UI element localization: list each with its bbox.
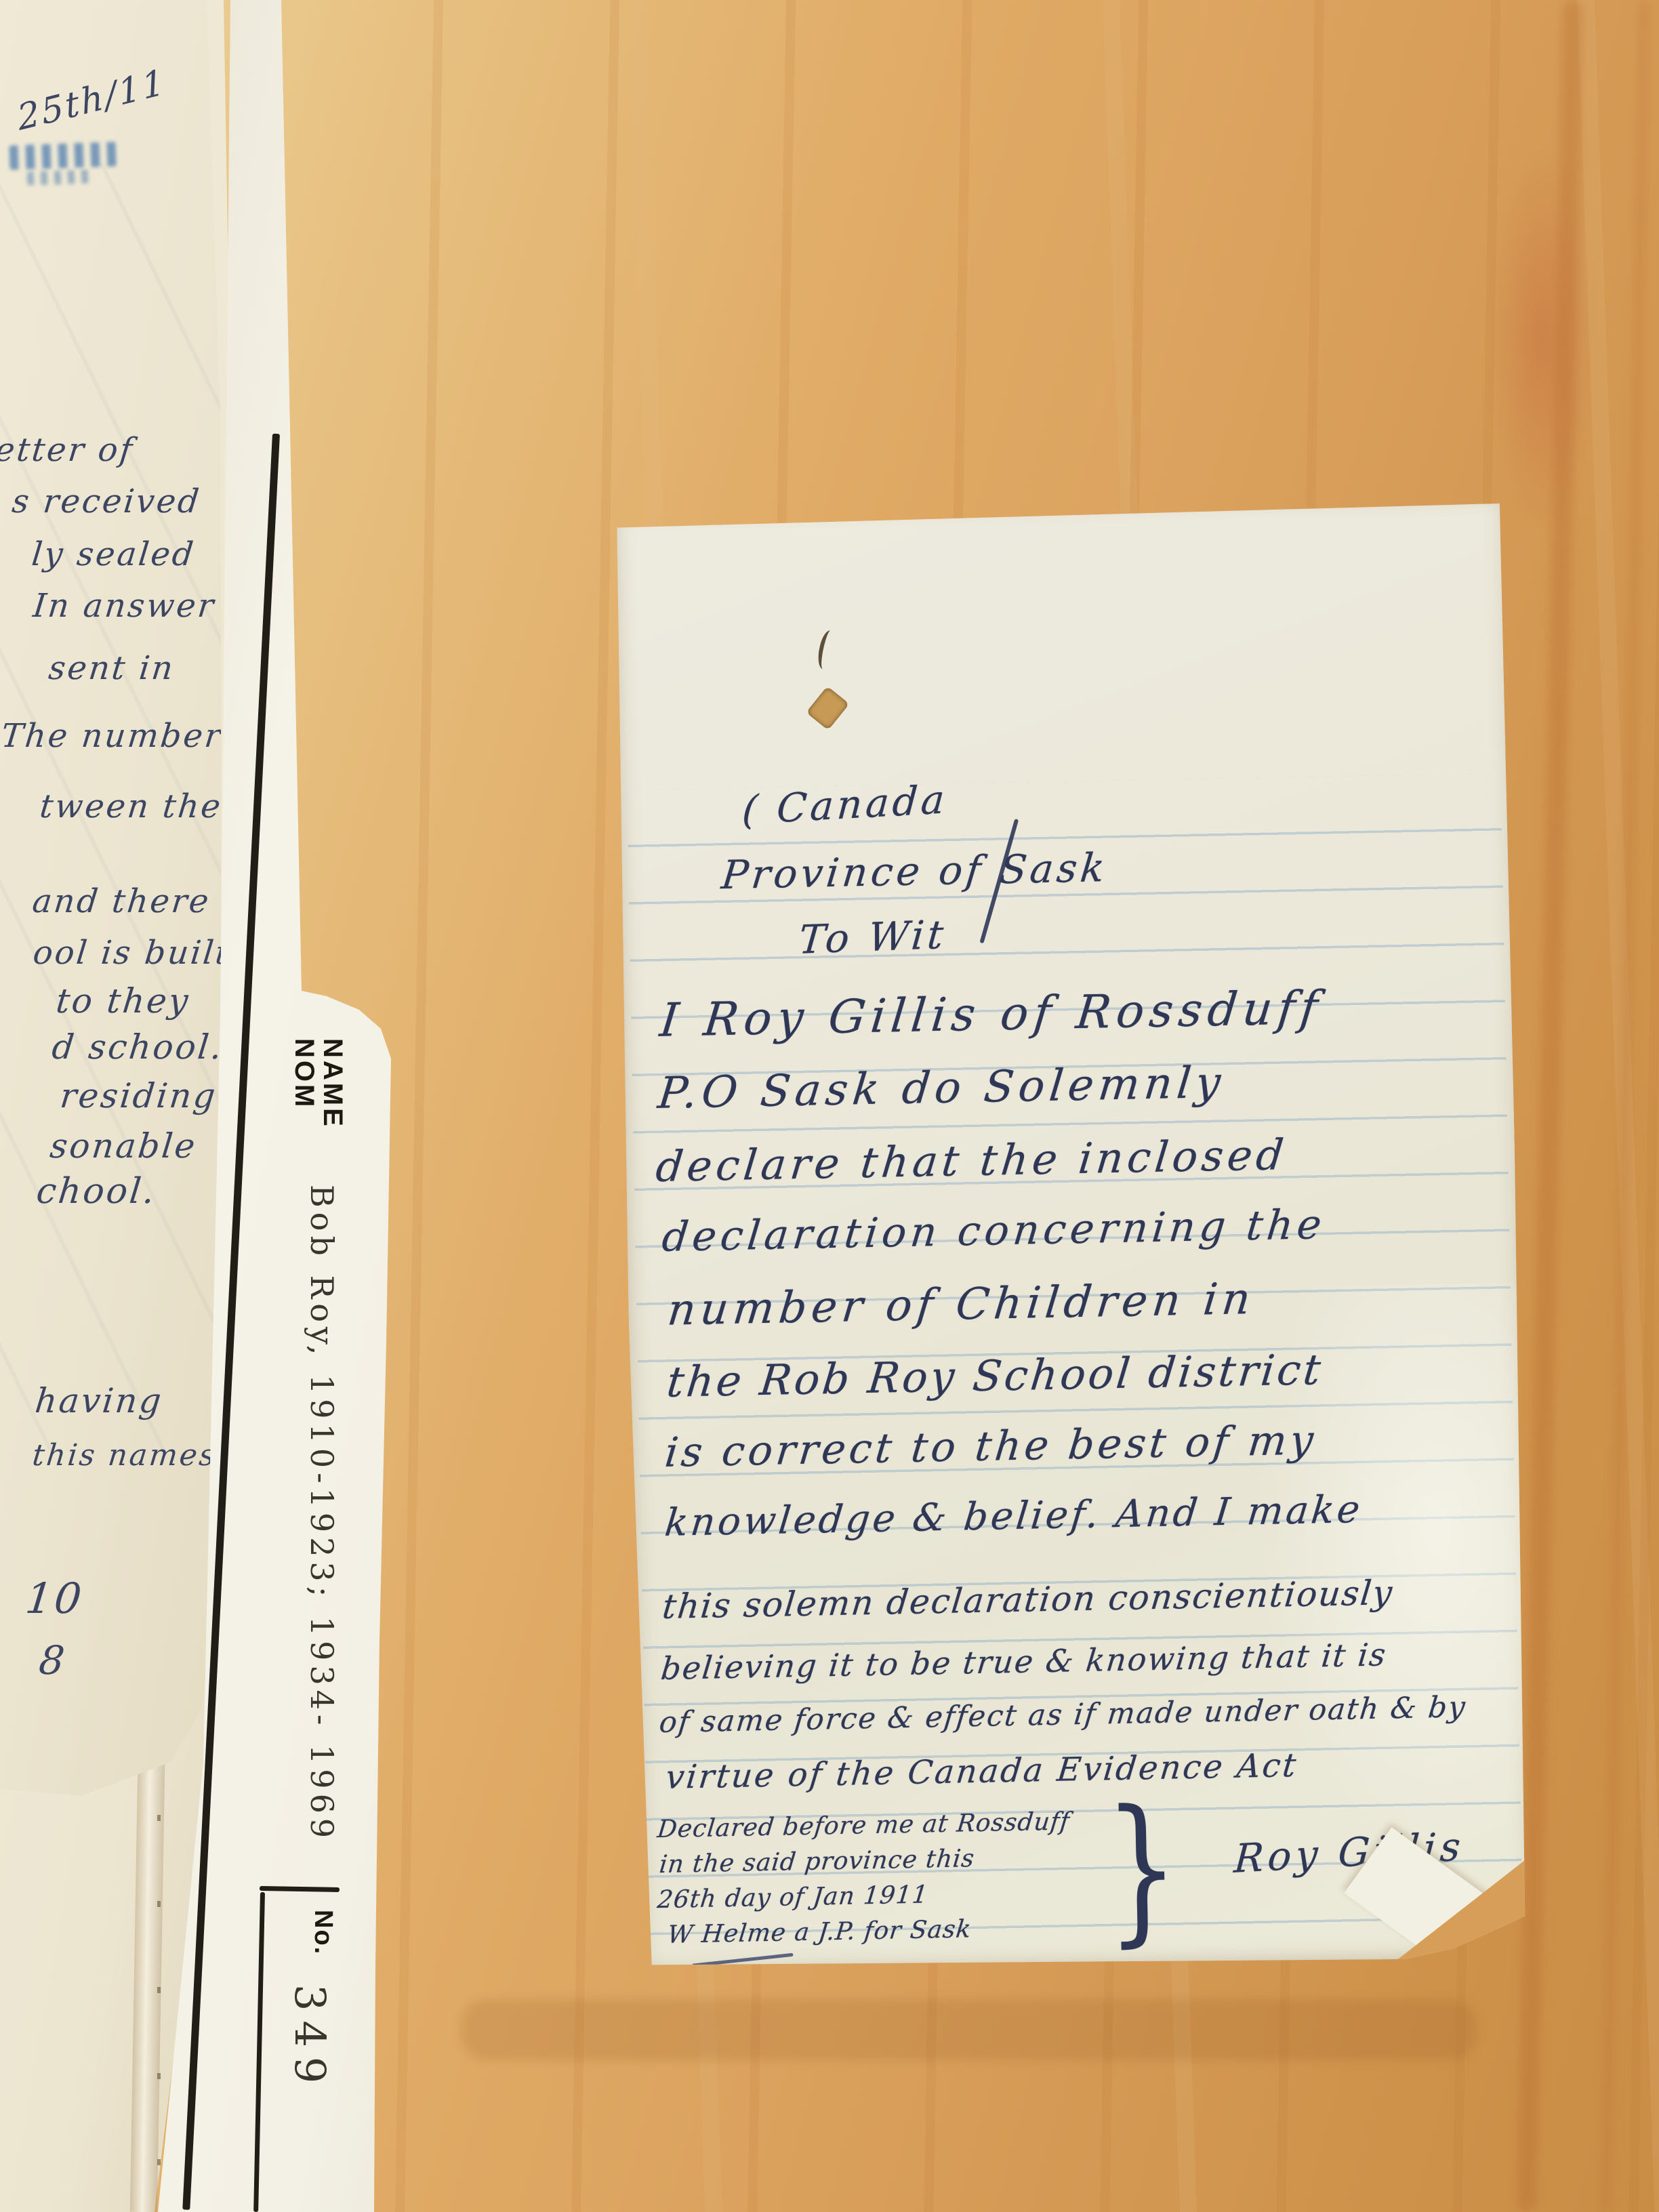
folder-tab-name-value: Bob Roy, 1910-1923; 1934- 1969 <box>304 1185 340 1843</box>
blue-stamp-mark <box>9 142 117 169</box>
paper-stitch-marks <box>157 1735 161 2212</box>
declaration-letter-page: ( Canada Province of Sask To Wit I Roy G… <box>613 504 1530 1974</box>
paper-hole <box>806 686 849 730</box>
fragment-line: sonable <box>48 1126 199 1166</box>
fragment-line: letter of <box>0 431 136 469</box>
fragment-line: residing <box>58 1076 219 1115</box>
photo-scene: 25th/11 letter of s received ly sealed I… <box>0 0 1659 2212</box>
attestation-brace: } <box>1104 1776 1183 1962</box>
fragment-line: sent in <box>47 649 177 687</box>
fragment-line: to they <box>54 981 192 1021</box>
name-label: NAME <box>319 1038 347 1129</box>
blue-stamp-mark <box>27 169 90 185</box>
count-number: 8 <box>37 1637 68 1683</box>
count-number: 10 <box>23 1574 86 1623</box>
fragment-line: and there <box>30 882 212 920</box>
attestation-line: 26th day of Jan 1911 <box>656 1881 930 1914</box>
fragment-line: having <box>33 1381 165 1420</box>
folder-number-value: 349 <box>285 1984 335 2093</box>
paper-tear-mark <box>815 629 838 670</box>
wood-knot-red-streak <box>1491 149 1593 529</box>
letter-header-line: To Wit <box>797 912 949 963</box>
nom-label: NOM <box>290 1038 319 1129</box>
fragment-line: this names <box>31 1438 219 1473</box>
fragment-line: d school. <box>50 1027 226 1067</box>
date-note: 25th/11 <box>15 62 169 139</box>
fragment-line: The number <box>0 717 224 755</box>
fragment-line: tween the <box>38 787 224 825</box>
folder-tab-name-labels: NAME NOM <box>290 1038 347 1129</box>
attestation-line: W Helme a J.P. for Sask <box>666 1915 973 1949</box>
folder-number-label: No. <box>308 1910 337 1955</box>
letter-header-line: Province of Sask <box>720 844 1111 898</box>
fragment-line: ly sealed <box>30 535 197 573</box>
fragment-line: s received <box>10 483 203 520</box>
wood-shadow-band <box>461 1999 1477 2060</box>
fragment-line: In answer <box>31 587 218 625</box>
left-letter-stack: 25th/11 letter of s received ly sealed I… <box>0 0 230 1816</box>
fragment-line: ool is built <box>31 934 232 972</box>
fragment-line: chool. <box>34 1171 158 1212</box>
